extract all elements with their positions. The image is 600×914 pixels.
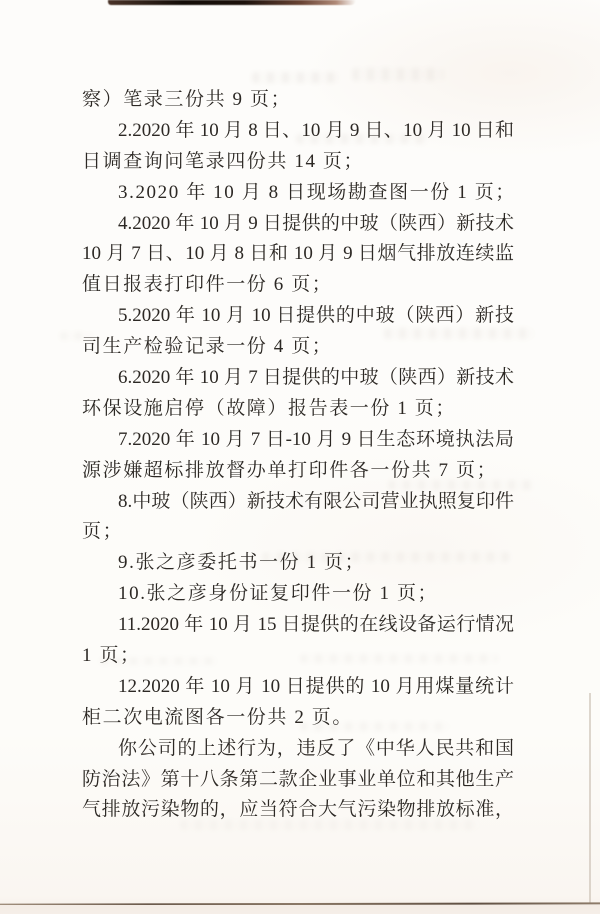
text-line: 司生产检验记录一份 4 页； [82, 332, 514, 363]
text-line: 6.2020 年 10 月 7 日提供的中玻（陕西）新技术有限公司 [82, 363, 514, 394]
text-line: 11.2020 年 10 月 15 日提供的在线设备运行情况说明一份 [82, 610, 514, 641]
text-line: 2.2020 年 10 月 8 日、10 月 9 日、10 月 10 日和 10… [82, 116, 514, 147]
scan-right-edge-artifact [589, 693, 591, 903]
text-line: 10 月 7 日、10 月 8 日和 10 月 9 日烟气排放连续监测小时平均 [82, 239, 514, 270]
text-line: 10.张之彦身份证复印件一份 1 页； [82, 579, 514, 610]
text-line: 9.张之彦委托书一份 1 页； [82, 548, 514, 579]
text-line: 你公司的上述行为，违反了《中华人民共和国大气污染 [82, 734, 514, 765]
text-line: 4.2020 年 10 月 9 日提供的中玻（陕西）新技术有限公司 [82, 209, 514, 240]
text-line: 防治法》第十八条第二款企业事业单位和其他生产经营者向大 [82, 765, 514, 796]
text-line: 页； [82, 517, 514, 548]
text-line: 8.中玻（陕西）新技术有限公司营业执照复印件一份 1 [82, 487, 514, 518]
text-line: 3.2020 年 10 月 8 日现场勘查图一份 1 页； [82, 178, 514, 209]
text-line: 5.2020 年 10 月 10 日提供的中玻（陕西）新技术有限公 [82, 301, 514, 332]
text-line: 源涉嫌超标排放督办单打印件各一份共 7 页； [82, 456, 514, 487]
text-line: 察）笔录三份共 9 页； [82, 85, 514, 116]
scan-below-edge-strip [0, 905, 600, 914]
text-line: 柜二次电流图各一份共 2 页。 [82, 703, 514, 734]
document-body: 察）笔录三份共 9 页；2.2020 年 10 月 8 日、10 月 9 日、1… [82, 85, 514, 826]
text-line: 值日报表打印件一份 6 页； [82, 270, 514, 301]
text-line: 1 页； [82, 641, 514, 672]
text-line: 7.2020 年 10 月 7 日-10 月 9 日生态环境执法局重点污染 [82, 425, 514, 456]
text-line: 12.2020 年 10 月 10 日提供的 10 月用煤量统计表和高压 [82, 672, 514, 703]
scan-top-edge-artifact [108, 0, 356, 5]
bleed-through-artifact [352, 68, 444, 81]
bleed-through-artifact [252, 72, 340, 83]
text-line: 气排放污染物的，应当符合大气污染物排放标准，遵守重点大 [82, 795, 514, 826]
text-line: 日调查询问笔录四份共 14 页； [82, 147, 514, 178]
scanned-document-page: 察）笔录三份共 9 页；2.2020 年 10 月 8 日、10 月 9 日、1… [0, 0, 600, 914]
text-line: 环保设施启停（故障）报告表一份 1 页； [82, 394, 514, 425]
